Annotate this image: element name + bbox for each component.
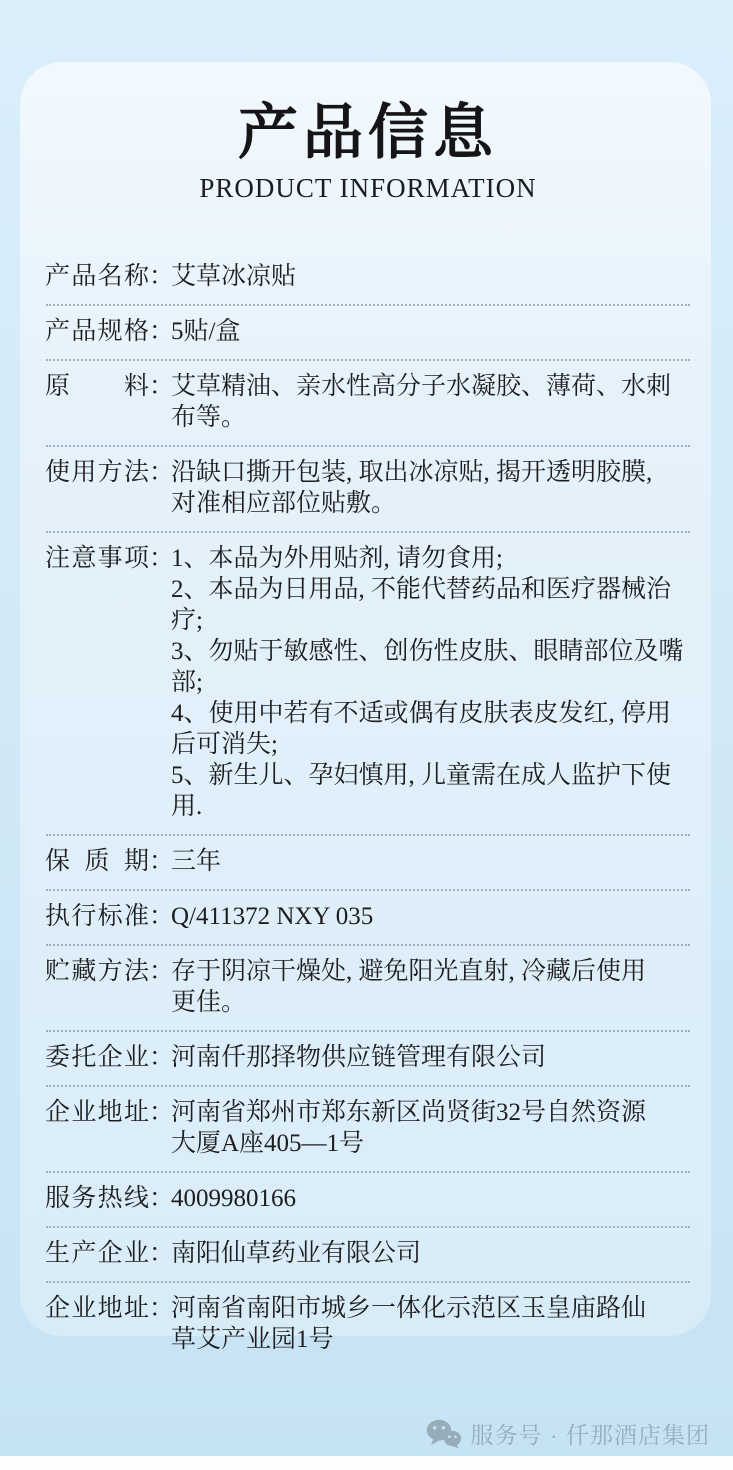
row-value-line: 三年 [171,846,691,877]
row-colon: ： [149,956,171,987]
row-value-line: 用. [171,791,691,822]
row-colon: ： [149,543,171,574]
product-info-card: 产品信息 PRODUCT INFORMATION 产品名称 ： 艾草冰凉贴 产品… [20,62,711,1336]
row-label: 生产企业 [45,1238,149,1269]
row-value-line: 4009980166 [171,1183,691,1214]
row-value: Q/411372 NXY 035 [171,901,691,932]
row-value-line: 对准相应部位贴敷。 [171,488,691,519]
row-label: 使用方法 [45,457,149,488]
row-label: 委托企业 [45,1042,149,1073]
row-value-line: 艾草冰凉贴 [171,261,691,292]
info-row: 产品名称 ： 艾草冰凉贴 [45,251,691,304]
row-colon: ： [149,371,171,402]
row-colon: ： [149,846,171,877]
row-label: 原料 [45,371,149,402]
row-value-line: Q/411372 NXY 035 [171,901,691,932]
row-value-line: 艾草精油、亲水性高分子水凝胶、薄荷、水刺 [171,371,691,402]
row-value-line: 草艾产业园1号 [171,1324,691,1355]
row-value-line: 大厦A座405—1号 [171,1128,691,1159]
row-colon: ： [149,316,171,347]
info-row: 保质期 ： 三年 [45,836,691,889]
watermark-text: 服务号 · 仟那酒店集团 [471,1417,710,1450]
row-value-line: 河南省南阳市城乡一体化示范区玉皇庙路仙 [171,1293,691,1324]
info-row: 企业地址 ： 河南省郑州市郑东新区尚贤街32号自然资源大厦A座405—1号 [45,1087,691,1171]
row-value-line: 5、新生儿、孕妇慎用, 儿童需在成人监护下使 [171,760,691,791]
row-value: 艾草冰凉贴 [171,261,691,292]
row-colon: ： [149,261,171,292]
info-row: 注意事项 ： 1、本品为外用贴剂, 请勿食用;2、本品为日用品, 不能代替药品和… [45,533,691,834]
row-label: 注意事项 [45,543,149,574]
row-label: 保质期 [45,846,149,877]
row-label: 执行标准 [45,901,149,932]
row-value-line: 更佳。 [171,987,691,1018]
row-label: 产品名称 [45,261,149,292]
row-value-line: 沿缺口撕开包装, 取出冰凉贴, 揭开透明胶膜, [171,457,691,488]
row-colon: ： [149,457,171,488]
row-value: 存于阴凉干燥处, 避免阳光直射, 冷藏后使用更佳。 [171,956,691,1018]
row-value: 4009980166 [171,1183,691,1214]
row-value: 5贴/盒 [171,316,691,347]
info-row: 使用方法 ： 沿缺口撕开包装, 取出冰凉贴, 揭开透明胶膜,对准相应部位贴敷。 [45,447,691,531]
row-label: 产品规格 [45,316,149,347]
row-value: 三年 [171,846,691,877]
row-value-line: 部; [171,667,691,698]
row-value-line: 南阳仙草药业有限公司 [171,1238,691,1269]
row-colon: ： [149,1097,171,1128]
info-row: 产品规格 ： 5贴/盒 [45,306,691,359]
row-value: 河南仟那择物供应链管理有限公司 [171,1042,691,1073]
row-value: 1、本品为外用贴剂, 请勿食用;2、本品为日用品, 不能代替药品和医疗器械治疗;… [171,543,691,822]
info-row: 企业地址 ： 河南省南阳市城乡一体化示范区玉皇庙路仙草艾产业园1号 [45,1283,691,1367]
page-subtitle: PRODUCT INFORMATION [45,173,691,203]
info-row: 委托企业 ： 河南仟那择物供应链管理有限公司 [45,1032,691,1085]
row-label: 企业地址 [45,1097,149,1128]
row-label: 企业地址 [45,1293,149,1324]
row-value: 河南省南阳市城乡一体化示范区玉皇庙路仙草艾产业园1号 [171,1293,691,1355]
row-value: 艾草精油、亲水性高分子水凝胶、薄荷、水刺布等。 [171,371,691,433]
row-value: 南阳仙草药业有限公司 [171,1238,691,1269]
info-row: 贮藏方法 ： 存于阴凉干燥处, 避免阳光直射, 冷藏后使用更佳。 [45,946,691,1030]
watermark: 服务号 · 仟那酒店集团 [426,1417,710,1450]
info-row: 执行标准 ： Q/411372 NXY 035 [45,891,691,944]
row-value-line: 1、本品为外用贴剂, 请勿食用; [171,543,691,574]
row-colon: ： [149,1293,171,1324]
wechat-icon [426,1419,462,1449]
header: 产品信息 PRODUCT INFORMATION [45,100,691,203]
bottom-strip [0,1456,733,1470]
row-value: 河南省郑州市郑东新区尚贤街32号自然资源大厦A座405—1号 [171,1097,691,1159]
row-value-line: 疗; [171,605,691,636]
row-value-line: 2、本品为日用品, 不能代替药品和医疗器械治 [171,574,691,605]
row-colon: ： [149,1238,171,1269]
info-row: 服务热线 ： 4009980166 [45,1173,691,1226]
row-colon: ： [149,901,171,932]
row-value-line: 河南省郑州市郑东新区尚贤街32号自然资源 [171,1097,691,1128]
row-label: 贮藏方法 [45,956,149,987]
row-label: 服务热线 [45,1183,149,1214]
row-value-line: 存于阴凉干燥处, 避免阳光直射, 冷藏后使用 [171,956,691,987]
info-row: 生产企业 ： 南阳仙草药业有限公司 [45,1228,691,1281]
row-value-line: 布等。 [171,402,691,433]
row-value-line: 河南仟那择物供应链管理有限公司 [171,1042,691,1073]
row-value-line: 3、勿贴于敏感性、创伤性皮肤、眼睛部位及嘴 [171,636,691,667]
row-value-line: 5贴/盒 [171,316,691,347]
row-colon: ： [149,1042,171,1073]
row-value-line: 4、使用中若有不适或偶有皮肤表皮发红, 停用 [171,698,691,729]
row-value: 沿缺口撕开包装, 取出冰凉贴, 揭开透明胶膜,对准相应部位贴敷。 [171,457,691,519]
info-row: 原料 ： 艾草精油、亲水性高分子水凝胶、薄荷、水刺布等。 [45,361,691,445]
product-info-table: 产品名称 ： 艾草冰凉贴 产品规格 ： 5贴/盒 原料 ： 艾草精油、亲水性高分… [45,251,691,1367]
row-colon: ： [149,1183,171,1214]
row-value-line: 后可消失; [171,729,691,760]
product-info-page: 产品信息 PRODUCT INFORMATION 产品名称 ： 艾草冰凉贴 产品… [0,0,733,1470]
page-title: 产品信息 [45,100,691,166]
